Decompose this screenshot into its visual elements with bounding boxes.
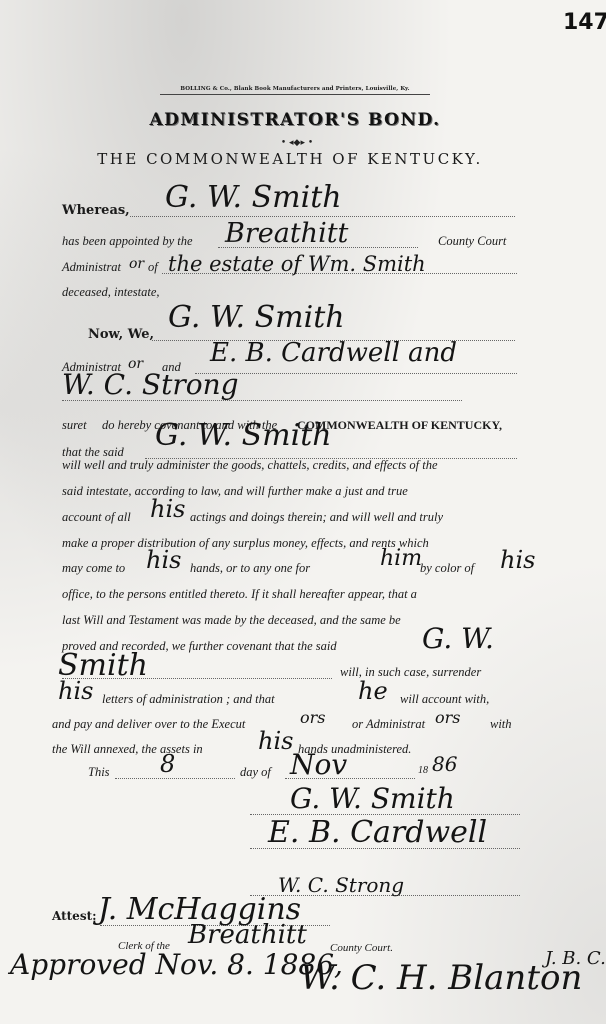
body-line-5c: by color of — [420, 561, 474, 576]
body-line-5a: may come to — [62, 561, 125, 576]
body-line-5b: hands, or to any one for — [190, 561, 310, 576]
body-line-10a: letters of administration ; and that — [102, 692, 275, 707]
body-line-11a: and pay and deliver over to the Execut — [52, 717, 245, 732]
body-line-3b: actings and doings therein; and will wel… — [190, 510, 443, 525]
body-line-4: make a proper distribution of any surplu… — [62, 536, 429, 551]
whereas-label: Whereas, — [62, 203, 130, 218]
day-field-line — [115, 778, 235, 779]
his-1: his — [150, 495, 185, 523]
his-2: his — [146, 546, 181, 574]
administrat-suffix: or — [129, 256, 144, 272]
execut-suffix: ors — [300, 708, 326, 727]
surety-name-1: E. B. Cardwell and — [210, 338, 457, 368]
suret-label: suret — [62, 418, 87, 433]
whereas-field-line — [130, 216, 515, 217]
of-label: of — [148, 260, 158, 275]
body-line-7: last Will and Testament was made by the … — [62, 613, 401, 628]
said-name: G. W. Smith — [155, 418, 332, 453]
his-5: his — [258, 727, 293, 755]
deceased-label: deceased, intestate, — [62, 285, 160, 300]
body-line-1: will well and truly administer the goods… — [62, 458, 438, 473]
year-prefix: 18 — [418, 765, 428, 776]
estate-name: the estate of Wm. Smith — [168, 252, 426, 276]
he: he — [358, 677, 388, 705]
day-value: 8 — [160, 750, 175, 778]
county-name: Breathitt — [225, 218, 348, 249]
judge-signature: W. C. H. Blanton — [300, 958, 582, 998]
administrat-label: Administrat — [62, 260, 121, 275]
ornament-divider: • ◂◆▸ • — [262, 138, 332, 148]
attest-label: Attest: — [52, 909, 97, 923]
appointed-label: has been appointed by the — [62, 234, 193, 249]
clerk-county-name: Breathitt — [188, 920, 307, 950]
commonwealth-heading: THE COMMONWEALTH OF KENTUCKY. — [60, 150, 520, 168]
now-we-name: G. W. Smith — [168, 300, 345, 335]
signature-1: G. W. Smith — [290, 782, 455, 815]
month-value: Nov — [290, 748, 347, 781]
printer-credit: BOLLING & Co., Blank Book Manufacturers … — [160, 86, 430, 95]
year-suffix: 86 — [432, 752, 457, 776]
body-line-2: said intestate, according to law, and wi… — [62, 484, 408, 499]
said-name-2a: G. W. — [422, 622, 494, 655]
county-court-label: County Court — [438, 234, 506, 249]
body-line-11b: or Administrat — [352, 717, 425, 732]
whereas-name: G. W. Smith — [165, 180, 342, 215]
his-4: his — [58, 677, 93, 705]
body-line-10b: will account with, — [400, 692, 489, 707]
judge-title: J. B. C. C. — [545, 948, 606, 969]
day-of-label: day of — [240, 765, 271, 780]
body-line-3a: account of all — [62, 510, 131, 525]
now-we-label: Now, We, — [88, 327, 154, 342]
his-3: his — [500, 546, 535, 574]
body-line-12a: the Will annexed, the assets in — [52, 742, 203, 757]
surety-field-line — [195, 373, 517, 374]
body-line-6: office, to the persons entitled thereto.… — [62, 587, 417, 602]
approved-note: Approved Nov. 8. 1886, — [10, 948, 343, 981]
signature-2: E. B. Cardwell — [268, 815, 487, 850]
page-number: 147 — [563, 10, 606, 35]
body-line-11c: with — [490, 717, 512, 732]
this-label: This — [88, 765, 110, 780]
him: him — [380, 546, 422, 571]
admin-suffix: ors — [435, 708, 461, 727]
document-title: ADMINISTRATOR'S BOND. — [130, 110, 460, 130]
surety-name-2: W. C. Strong — [62, 368, 239, 401]
